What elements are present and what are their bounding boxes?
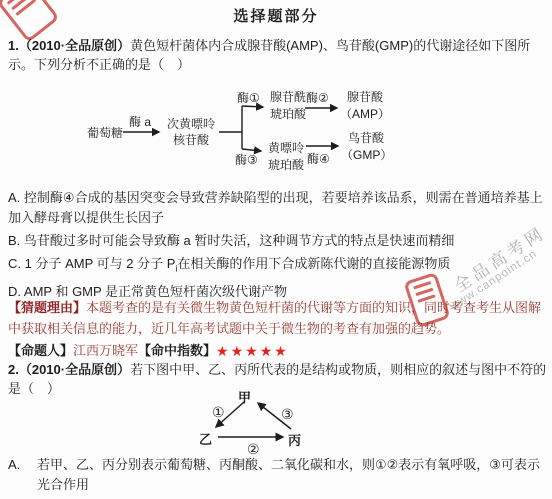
node-line: （GMP） xyxy=(341,148,392,162)
question-1-stem: 1.（2010·全品原创）黄色短杆菌体内合成腺苷酸(AMP)、鸟苷酸(GMP)的… xyxy=(8,36,549,74)
option-c-label: C. xyxy=(8,256,21,271)
triangle-arrows xyxy=(150,386,380,461)
node-yi: 乙 xyxy=(199,429,212,448)
node-jia: 甲 xyxy=(238,387,251,406)
option-a-label: A. xyxy=(8,190,20,205)
node-amp: 腺苷酸 （AMP） xyxy=(340,89,390,123)
node-bing: 丙 xyxy=(288,430,301,449)
metabolic-pathway-diagram: 葡萄糖 酶 a 次黄嘌呤 核苷酸 酶① 腺苷酰 琥珀酸 酶② 腺苷酸 （AMP）… xyxy=(85,85,550,188)
node-line: （AMP） xyxy=(340,107,390,121)
node-glucose: 葡萄糖 xyxy=(87,125,123,141)
author-name: 江西万晓军 xyxy=(73,343,138,358)
label-enzyme-1: 酶① xyxy=(237,89,260,106)
author-label: 【命题人】 xyxy=(8,343,73,358)
label-enzyme-4: 酶④ xyxy=(307,150,330,167)
question-1-options: A. 控制酶④合成的基因突变会导致营养缺陷型的出现，若要培养该品系，则需在普通培… xyxy=(8,188,547,302)
node-line: 琥珀酸 xyxy=(268,158,304,172)
option-b: B. 鸟苷酸过多时可能会导致酶 a 暂时失活，这种调节方式的特点是快速而精细 xyxy=(8,231,547,251)
question-2-option-a: A. 若甲、乙、丙分别表示葡萄糖、丙酮酸、二氧化碳和水，则①②表示有氧呼吸，③可… xyxy=(8,455,547,495)
option-a: A. 控制酶④合成的基因突变会导致营养缺陷型的出现，若要培养该品系，则需在普通培… xyxy=(8,188,547,228)
hit-index-label: 【命中指数】 xyxy=(138,343,216,358)
node-line: 黄嘌呤 xyxy=(268,141,304,155)
label-enzyme-a: 酶 a xyxy=(129,113,151,130)
node-line: 腺苷酸 xyxy=(347,90,383,104)
option-c: C. 1 分子 AMP 可与 2 分子 Pi在相关酶的作用下合成新陈代谢的直接能… xyxy=(8,254,547,279)
node-line: 次黄嘌呤 xyxy=(167,117,215,131)
label-arrow-3: ③ xyxy=(281,406,294,423)
option-a-text: 控制酶④合成的基因突变会导致营养缺陷型的出现，若要培养该品系，则需在普通培养基上… xyxy=(8,190,543,225)
node-gmp: 鸟苷酸 （GMP） xyxy=(341,130,391,164)
option-c-text-post: 在相关酶的作用下合成新陈代谢的直接能源物质 xyxy=(177,256,450,271)
node-line: 鸟苷酸 xyxy=(348,131,384,145)
option-b-text: 鸟苷酸过多时可能会导致酶 a 暂时失活，这种调节方式的特点是快速而精细 xyxy=(24,233,454,248)
reason-label: 【猜题理由】 xyxy=(8,300,86,315)
node-hypoxanthine-nucleotide: 次黄嘌呤 核苷酸 xyxy=(163,116,219,148)
node-xanthylate: 黄嘌呤 琥珀酸 xyxy=(266,140,306,174)
option-a-text: 若甲、乙、丙分别表示葡萄糖、丙酮酸、二氧化碳和水，则①②表示有氧呼吸，③可表示光… xyxy=(37,455,547,495)
reason-text: 本题考查的是有关微生物黄色短杆菌的代谢等方面的知识，同时考查考生从图解中获取相关… xyxy=(8,300,541,336)
label-arrow-1: ① xyxy=(212,404,225,421)
node-adenylosuccinate: 腺苷酰 琥珀酸 xyxy=(268,89,308,123)
author-line: 【命题人】江西万晓军【命中指数】★★★★★ xyxy=(8,341,548,361)
label-enzyme-3: 酶③ xyxy=(235,151,258,168)
triangle-relation-diagram: 甲 乙 丙 ① ③ ② xyxy=(150,386,380,461)
node-line: 琥珀酸 xyxy=(270,107,306,121)
node-line: 核苷酸 xyxy=(173,133,209,147)
question-2-header: 2.（2010·全品原创） xyxy=(8,362,130,377)
node-line: 腺苷酰 xyxy=(270,90,306,104)
exam-document-page: { "title": "选择题部分", "q1": { "header": "1… xyxy=(0,0,552,499)
option-c-text-pre: 1 分子 AMP 可与 2 分子 P xyxy=(25,256,176,271)
star-rating: ★★★★★ xyxy=(216,343,289,359)
question-1-header: 1.（2010·全品原创） xyxy=(8,38,130,53)
option-a-label: A. xyxy=(8,455,37,495)
reason-section: 【猜题理由】本题考查的是有关微生物黄色短杆菌的代谢等方面的知识，同时考查考生从图… xyxy=(8,297,548,339)
page-title: 选择题部分 xyxy=(0,5,552,26)
label-enzyme-2: 酶② xyxy=(306,89,329,106)
option-b-label: B. xyxy=(8,233,20,248)
